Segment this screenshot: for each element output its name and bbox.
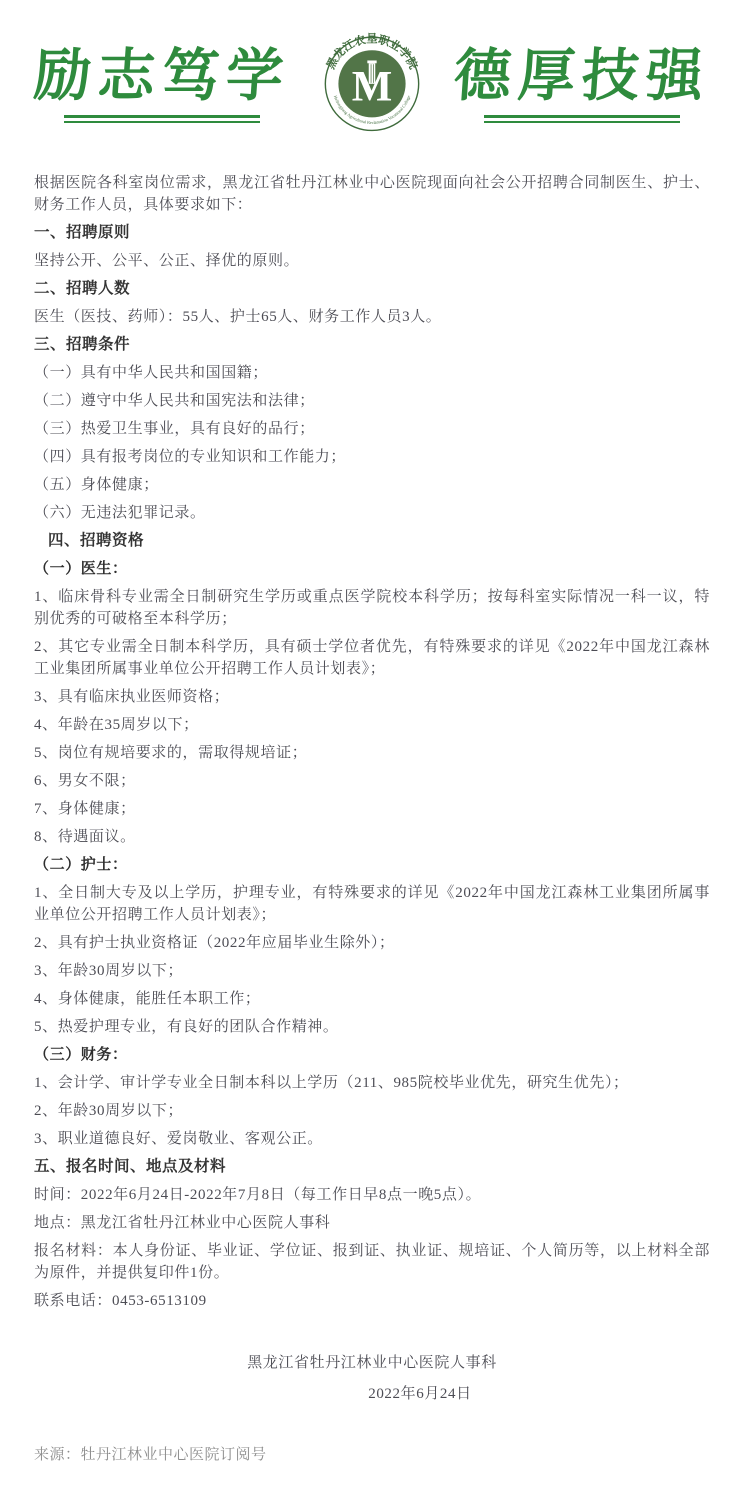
doctor-requirement: 2、其它专业需全日制本科学历，具有硕士学位者优先，有特殊要求的详见《2022年中… bbox=[34, 636, 710, 680]
doctor-requirement: 1、临床骨科专业需全日制研究生学历或重点医学院校本科学历；按每科室实际情况一科一… bbox=[34, 586, 710, 630]
doctor-requirement: 6、男女不限； bbox=[34, 770, 710, 792]
motto-left-underline bbox=[64, 115, 260, 123]
motto-right-underline bbox=[484, 115, 680, 123]
condition-item: （四）具有报考岗位的专业知识和工作能力； bbox=[34, 446, 710, 468]
section-heading-2: 二、招聘人数 bbox=[34, 278, 710, 300]
condition-item: （二）遵守中华人民共和国宪法和法律； bbox=[34, 390, 710, 412]
section-heading-4: 四、招聘资格 bbox=[34, 530, 710, 552]
condition-item: （三）热爱卫生事业，具有良好的品行； bbox=[34, 418, 710, 440]
nurse-requirement: 4、身体健康，能胜任本职工作； bbox=[34, 988, 710, 1010]
section-heading-5: 五、报名时间、地点及材料 bbox=[34, 1156, 710, 1178]
doctor-requirement: 5、岗位有规培要求的，需取得规培证； bbox=[34, 742, 710, 764]
motto-right-text: 德厚技强 bbox=[452, 45, 712, 108]
subsection-doctor: （一）医生： bbox=[34, 558, 710, 580]
motto-right: 德厚技强 bbox=[454, 45, 710, 122]
seal-pillar bbox=[369, 63, 376, 84]
finance-requirement: 3、职业道德良好、爱岗敬业、客观公正。 bbox=[34, 1128, 710, 1150]
finance-requirement: 2、年龄30周岁以下； bbox=[34, 1100, 710, 1122]
contact-phone: 联系电话：0453-6513109 bbox=[34, 1290, 710, 1312]
registration-time: 时间：2022年6月24日-2022年7月8日（每工作日早8点一晚5点）。 bbox=[34, 1184, 710, 1206]
condition-item: （五）身体健康； bbox=[34, 474, 710, 496]
paragraph: 坚持公开、公平、公正、择优的原则。 bbox=[34, 250, 710, 272]
motto-left: 励志笃学 bbox=[34, 45, 290, 122]
paragraph: 医生（医技、药师）：55人、护士65人、财务工作人员3人。 bbox=[34, 306, 710, 328]
seal-pillar-cap bbox=[367, 60, 376, 63]
doctor-requirement: 4、年龄在35周岁以下； bbox=[34, 714, 710, 736]
condition-item: （一）具有中华人民共和国国籍； bbox=[34, 362, 710, 384]
doctor-requirement: 3、具有临床执业医师资格； bbox=[34, 686, 710, 708]
nurse-requirement: 2、具有护士执业资格证（2022年应届毕业生除外）； bbox=[34, 932, 710, 954]
doctor-requirement: 8、待遇面议。 bbox=[34, 826, 710, 848]
header-banner: 励志笃学 黑龙江农垦职业学院 Heilongjiang Agricultural… bbox=[0, 0, 744, 152]
signoff-org: 黑龙江省牡丹江林业中心医院人事科 bbox=[0, 1352, 744, 1374]
finance-requirement: 1、会计学、审计学专业全日制本科以上学历（211、985院校毕业优先，研究生优先… bbox=[34, 1072, 710, 1094]
announcement-page: 励志笃学 黑龙江农垦职业学院 Heilongjiang Agricultural… bbox=[0, 0, 744, 1492]
nurse-requirement: 5、热爱护理专业，有良好的团队合作精神。 bbox=[34, 1016, 710, 1038]
nurse-requirement: 1、全日制大专及以上学历，护理专业，有特殊要求的详见《2022年中国龙江森林工业… bbox=[34, 882, 710, 926]
signoff-date: 2022年6月24日 bbox=[368, 1383, 472, 1405]
signoff-block: 黑龙江省牡丹江林业中心医院人事科 2022年6月24日 bbox=[0, 1352, 744, 1405]
nurse-requirement: 3、年龄30周岁以下； bbox=[34, 960, 710, 982]
doctor-requirement: 7、身体健康； bbox=[34, 798, 710, 820]
announcement-body: 根据医院各科室岗位需求，黑龙江省牡丹江林业中心医院现面向社会公开招聘合同制医生、… bbox=[0, 152, 744, 1312]
college-logo: 黑龙江农垦职业学院 Heilongjiang Agricultural Recl… bbox=[316, 20, 428, 142]
college-seal-icon: 黑龙江农垦职业学院 Heilongjiang Agricultural Recl… bbox=[316, 20, 428, 142]
section-heading-3: 三、招聘条件 bbox=[34, 334, 710, 356]
intro-paragraph: 根据医院各科室岗位需求，黑龙江省牡丹江林业中心医院现面向社会公开招聘合同制医生、… bbox=[34, 172, 710, 216]
source-line: 来源：牡丹江林业中心医院订阅号 bbox=[34, 1443, 744, 1492]
subsection-nurse: （二）护士： bbox=[34, 854, 710, 876]
subsection-finance: （三）财务： bbox=[34, 1044, 710, 1066]
section-heading-1: 一、招聘原则 bbox=[34, 222, 710, 244]
registration-materials: 报名材料：本人身份证、毕业证、学位证、报到证、执业证、规培证、个人简历等，以上材… bbox=[34, 1240, 710, 1284]
motto-left-text: 励志笃学 bbox=[32, 45, 292, 108]
registration-place: 地点：黑龙江省牡丹江林业中心医院人事科 bbox=[34, 1212, 710, 1234]
condition-item: （六）无违法犯罪记录。 bbox=[34, 502, 710, 524]
